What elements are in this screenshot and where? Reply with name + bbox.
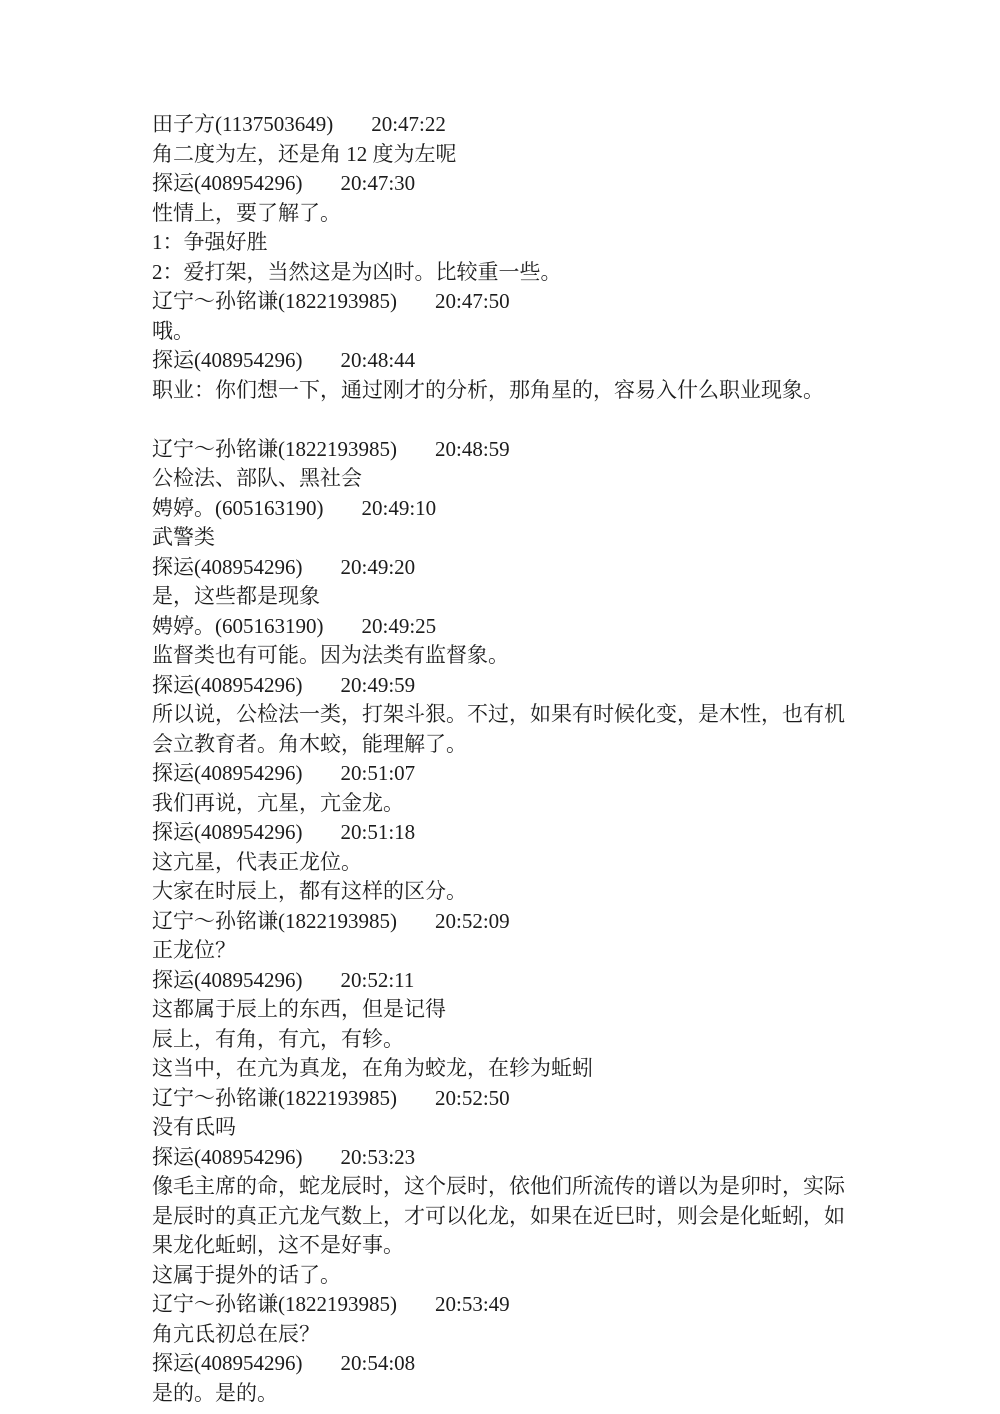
message-text-line: 性情上，要了解了。 bbox=[152, 199, 858, 229]
blank-line bbox=[152, 405, 858, 435]
sender-name: 探运(408954296) bbox=[152, 555, 303, 579]
timestamp: 20:52:11 bbox=[341, 968, 415, 992]
message-text-line: 这属于提外的话了。 bbox=[152, 1261, 858, 1291]
sender-name: 辽宁～孙铭谦(1822193985) bbox=[152, 1086, 397, 1110]
message-header-line: 探运(408954296)20:49:20 bbox=[152, 553, 858, 583]
sender-name: 娉婷。(605163190) bbox=[152, 614, 324, 638]
message-text-line: 角二度为左，还是角 12 度为左呢 bbox=[152, 140, 858, 170]
sender-name: 娉婷。(605163190) bbox=[152, 496, 324, 520]
message-text-line: 正龙位？ bbox=[152, 936, 858, 966]
message-text-line: 2：爱打架，当然这是为凶时。比较重一些。 bbox=[152, 258, 858, 288]
message-text-line: 大家在时辰上，都有这样的区分。 bbox=[152, 877, 858, 907]
message-header-line: 田子方(1137503649)20:47:22 bbox=[152, 110, 858, 140]
timestamp: 20:51:07 bbox=[341, 761, 416, 785]
timestamp: 20:49:20 bbox=[341, 555, 416, 579]
sender-name: 辽宁～孙铭谦(1822193985) bbox=[152, 289, 397, 313]
timestamp: 20:54:08 bbox=[341, 1351, 416, 1375]
message-header-line: 探运(408954296)20:54:08 bbox=[152, 1349, 858, 1379]
timestamp: 20:52:09 bbox=[435, 909, 510, 933]
message-header-line: 探运(408954296)20:47:30 bbox=[152, 169, 858, 199]
sender-name: 探运(408954296) bbox=[152, 673, 303, 697]
message-text-line: 我们再说，亢星，亢金龙。 bbox=[152, 789, 858, 819]
message-header-line: 探运(408954296)20:51:18 bbox=[152, 818, 858, 848]
message-text-line: 这当中，在亢为真龙，在角为蛟龙，在轸为蚯蚓 bbox=[152, 1054, 858, 1084]
sender-name: 探运(408954296) bbox=[152, 1145, 303, 1169]
message-text-line: 武警类 bbox=[152, 523, 858, 553]
timestamp: 20:51:18 bbox=[341, 820, 416, 844]
sender-name: 辽宁～孙铭谦(1822193985) bbox=[152, 437, 397, 461]
message-text-line: 这都属于辰上的东西，但是记得 bbox=[152, 995, 858, 1025]
message-text-line: 辰上，有角，有亢，有轸。 bbox=[152, 1025, 858, 1055]
message-header-line: 探运(408954296)20:49:59 bbox=[152, 671, 858, 701]
timestamp: 20:53:23 bbox=[341, 1145, 416, 1169]
message-text-line: 职业：你们想一下，通过刚才的分析，那角星的，容易入什么职业现象。 bbox=[152, 376, 858, 406]
timestamp: 20:49:25 bbox=[362, 614, 437, 638]
message-text-line: 所以说，公检法一类，打架斗狠。不过，如果有时候化变，是木性，也有机会立教育者。角… bbox=[152, 700, 858, 759]
message-text-line: 没有氐吗 bbox=[152, 1113, 858, 1143]
message-header-line: 探运(408954296)20:52:11 bbox=[152, 966, 858, 996]
message-header-line: 辽宁～孙铭谦(1822193985)20:47:50 bbox=[152, 287, 858, 317]
message-header-line: 探运(408954296)20:48:44 bbox=[152, 346, 858, 376]
timestamp: 20:47:30 bbox=[341, 171, 416, 195]
message-text-line: 哦。 bbox=[152, 317, 858, 347]
message-text-line: 是，这些都是现象 bbox=[152, 582, 858, 612]
sender-name: 探运(408954296) bbox=[152, 761, 303, 785]
message-text-line: 角亢氐初总在辰？ bbox=[152, 1320, 858, 1350]
message-text-line: 是的。是的。 bbox=[152, 1379, 858, 1409]
message-text-line: 公检法、部队、黑社会 bbox=[152, 464, 858, 494]
message-text-line: 1：争强好胜 bbox=[152, 228, 858, 258]
timestamp: 20:53:49 bbox=[435, 1292, 510, 1316]
timestamp: 20:47:22 bbox=[371, 112, 446, 136]
message-text-line: 像毛主席的命，蛇龙辰时，这个辰时，依他们所流传的谱以为是卯时，实际是辰时的真正亢… bbox=[152, 1172, 858, 1261]
sender-name: 辽宁～孙铭谦(1822193985) bbox=[152, 1292, 397, 1316]
sender-name: 辽宁～孙铭谦(1822193985) bbox=[152, 909, 397, 933]
sender-name: 田子方(1137503649) bbox=[152, 112, 333, 136]
sender-name: 探运(408954296) bbox=[152, 968, 303, 992]
message-header-line: 娉婷。(605163190)20:49:10 bbox=[152, 494, 858, 524]
timestamp: 20:48:44 bbox=[341, 348, 416, 372]
sender-name: 探运(408954296) bbox=[152, 820, 303, 844]
message-header-line: 辽宁～孙铭谦(1822193985)20:52:09 bbox=[152, 907, 858, 937]
sender-name: 探运(408954296) bbox=[152, 348, 303, 372]
document-page: 田子方(1137503649)20:47:22角二度为左，还是角 12 度为左呢… bbox=[0, 0, 1000, 1414]
chat-log: 田子方(1137503649)20:47:22角二度为左，还是角 12 度为左呢… bbox=[152, 110, 858, 1408]
timestamp: 20:52:50 bbox=[435, 1086, 510, 1110]
message-header-line: 探运(408954296)20:51:07 bbox=[152, 759, 858, 789]
sender-name: 探运(408954296) bbox=[152, 1351, 303, 1375]
message-header-line: 辽宁～孙铭谦(1822193985)20:53:49 bbox=[152, 1290, 858, 1320]
message-header-line: 辽宁～孙铭谦(1822193985)20:48:59 bbox=[152, 435, 858, 465]
timestamp: 20:49:10 bbox=[362, 496, 437, 520]
message-header-line: 辽宁～孙铭谦(1822193985)20:52:50 bbox=[152, 1084, 858, 1114]
message-header-line: 探运(408954296)20:53:23 bbox=[152, 1143, 858, 1173]
timestamp: 20:49:59 bbox=[341, 673, 416, 697]
timestamp: 20:47:50 bbox=[435, 289, 510, 313]
timestamp: 20:48:59 bbox=[435, 437, 510, 461]
message-text-line: 这亢星，代表正龙位。 bbox=[152, 848, 858, 878]
message-header-line: 娉婷。(605163190)20:49:25 bbox=[152, 612, 858, 642]
sender-name: 探运(408954296) bbox=[152, 171, 303, 195]
message-text-line: 监督类也有可能。因为法类有监督象。 bbox=[152, 641, 858, 671]
